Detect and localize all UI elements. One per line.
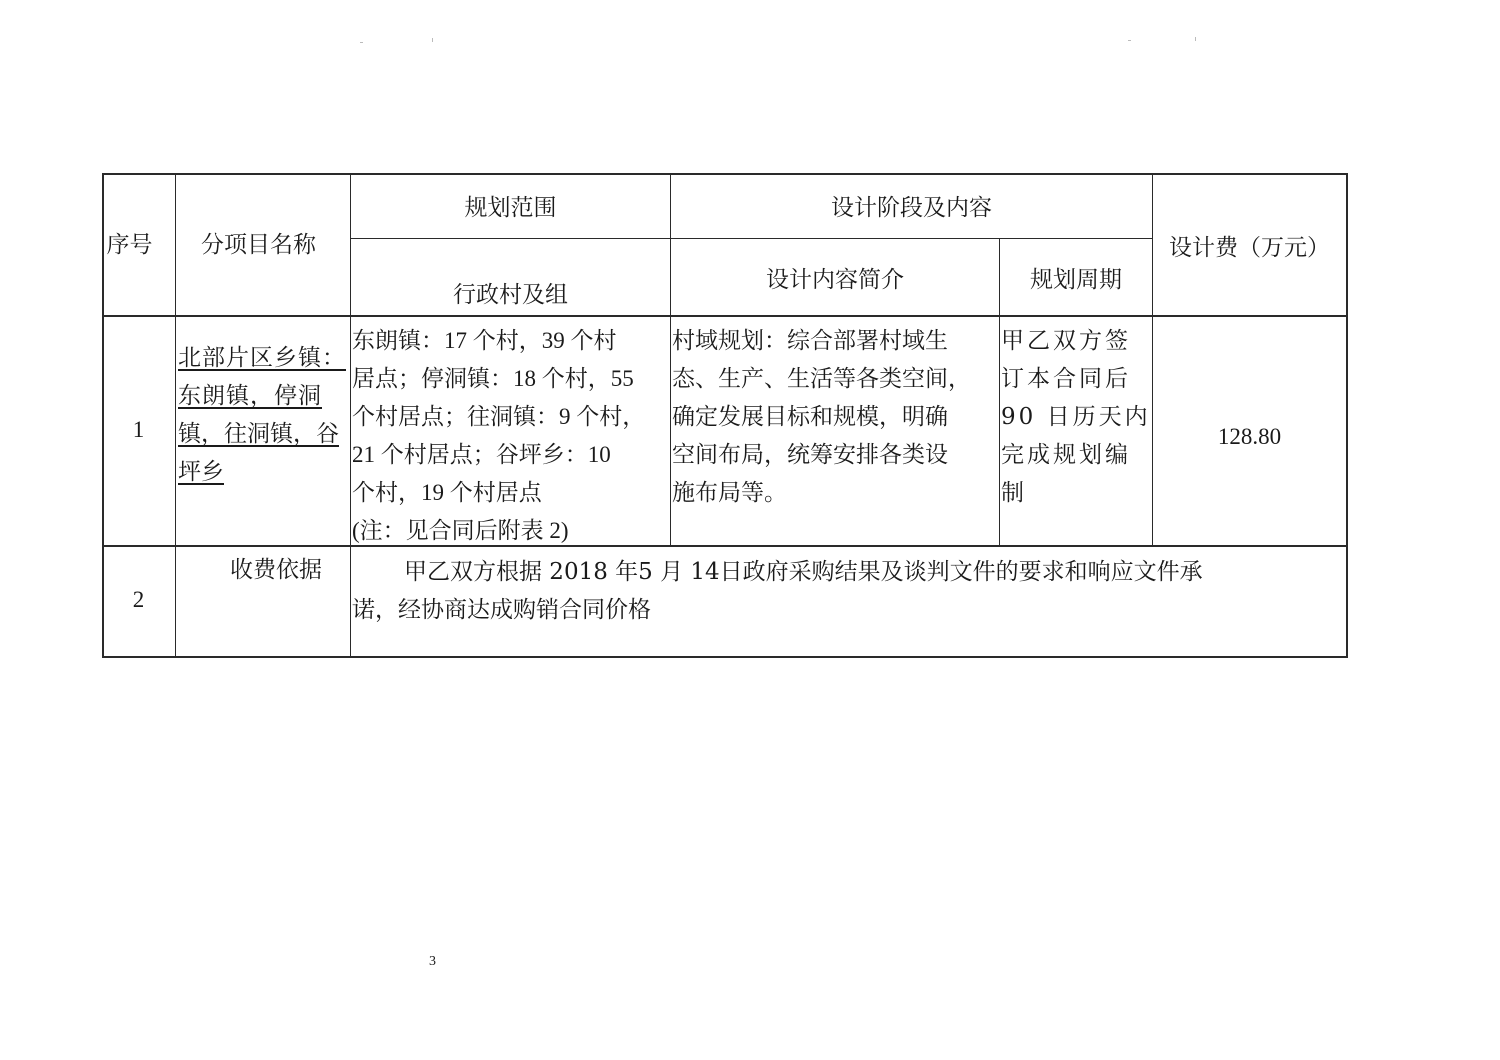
header-item-name-label: 分项目名称 xyxy=(201,229,316,261)
page-number: 3 xyxy=(429,954,436,970)
row1-content-line: 村域规划：综合部署村域生 xyxy=(672,322,1000,360)
row1-period-line: 甲乙双方签 xyxy=(1001,322,1153,360)
header-design-stage: 设计阶段及内容 xyxy=(671,178,1152,238)
document-page: 序号 分项目名称 规划范围 行政村及组 设计阶段及内容 设计内容简介 规划周期 … xyxy=(0,0,1500,1060)
row1-period-line: 制 xyxy=(1001,474,1153,512)
row1-item-name-line: 东朗镇，停洞 xyxy=(178,377,350,415)
row1-design-content: 村域规划：综合部署村域生 态、生产、生活等各类空间， 确定发展目标和规模，明确 … xyxy=(672,322,1000,512)
row1-content-line: 态、生产、生活等各类空间， xyxy=(672,360,1000,398)
row1-item-name-line: 镇，往洞镇，谷 xyxy=(178,415,350,453)
row2-seq-value: 2 xyxy=(133,584,145,616)
row1-period-line: 完成规划编 xyxy=(1001,436,1153,474)
row1-content-line: 施布局等。 xyxy=(672,474,1000,512)
header-seq-label: 序号 xyxy=(107,229,153,261)
row1-scope-line: 东朗镇：17 个村，39 个村 xyxy=(352,322,672,360)
row1-scope-line: 个村居点；往洞镇：9 个村， xyxy=(352,398,672,436)
row1-item-name: 北部片区乡镇： 东朗镇，停洞 镇，往洞镇，谷 坪乡 xyxy=(178,339,350,491)
row2-text-line: 诺，经协商达成购销合同价格 xyxy=(352,591,1347,629)
header-planning-scope: 规划范围 xyxy=(351,178,670,238)
row1-seq-value: 1 xyxy=(133,414,145,446)
header-planning-period: 规划周期 xyxy=(1000,250,1152,310)
row2-label: 收费依据 xyxy=(230,551,350,589)
row1-planning-period: 甲乙双方签 订本合同后 90 日历天内 完成规划编 制 xyxy=(1001,322,1153,512)
header-design-content-label: 设计内容简介 xyxy=(766,264,904,296)
header-design-fee: 设计费（万元） xyxy=(1153,218,1346,278)
header-admin-villages-label: 行政村及组 xyxy=(453,279,568,311)
row1-fee-value: 128.80 xyxy=(1218,421,1281,453)
row1-content-line: 空间布局，统筹安排各类设 xyxy=(672,436,1000,474)
row2-label-text: 收费依据 xyxy=(230,557,322,583)
row2-text: 甲乙双方根据 2018 年5 月 14日政府采购结果及谈判文件的要求和响应文件承… xyxy=(352,553,1347,629)
table-grid xyxy=(0,0,1500,1060)
header-seq: 序号 xyxy=(102,215,157,275)
row1-scope-line: 个村，19 个村居点 xyxy=(352,474,672,512)
row1-scope-line: 居点；停洞镇：18 个村，55 xyxy=(352,360,672,398)
header-item-name: 分项目名称 xyxy=(176,215,341,275)
row2-text-line: 甲乙双方根据 2018 年5 月 14日政府采购结果及谈判文件的要求和响应文件承 xyxy=(352,553,1347,591)
row1-scope-line: 21 个村居点；谷坪乡：10 xyxy=(352,436,672,474)
header-design-stage-label: 设计阶段及内容 xyxy=(831,192,992,224)
header-planning-period-label: 规划周期 xyxy=(1030,264,1122,296)
row1-item-name-line: 坪乡 xyxy=(178,453,350,491)
header-design-content: 设计内容简介 xyxy=(671,250,999,310)
scan-speck xyxy=(432,38,433,42)
row1-period-line: 90 日历天内 xyxy=(1001,398,1153,436)
row1-seq: 1 xyxy=(102,400,175,460)
scan-speck xyxy=(1128,40,1131,41)
row1-period-line: 订本合同后 xyxy=(1001,360,1153,398)
row1-fee: 128.80 xyxy=(1153,407,1346,467)
header-planning-scope-label: 规划范围 xyxy=(465,192,557,224)
header-admin-villages: 行政村及组 xyxy=(351,270,670,320)
row1-content-line: 确定发展目标和规模，明确 xyxy=(672,398,1000,436)
header-design-fee-label: 设计费（万元） xyxy=(1169,232,1330,264)
scan-speck xyxy=(1195,37,1196,41)
row1-scope-note: (注：见合同后附表 2) xyxy=(352,512,672,550)
row2-seq: 2 xyxy=(102,570,175,630)
row1-item-name-line: 北部片区乡镇： xyxy=(178,339,350,377)
scan-speck xyxy=(360,42,363,43)
row1-scope: 东朗镇：17 个村，39 个村 居点；停洞镇：18 个村，55 个村居点；往洞镇… xyxy=(352,322,672,550)
